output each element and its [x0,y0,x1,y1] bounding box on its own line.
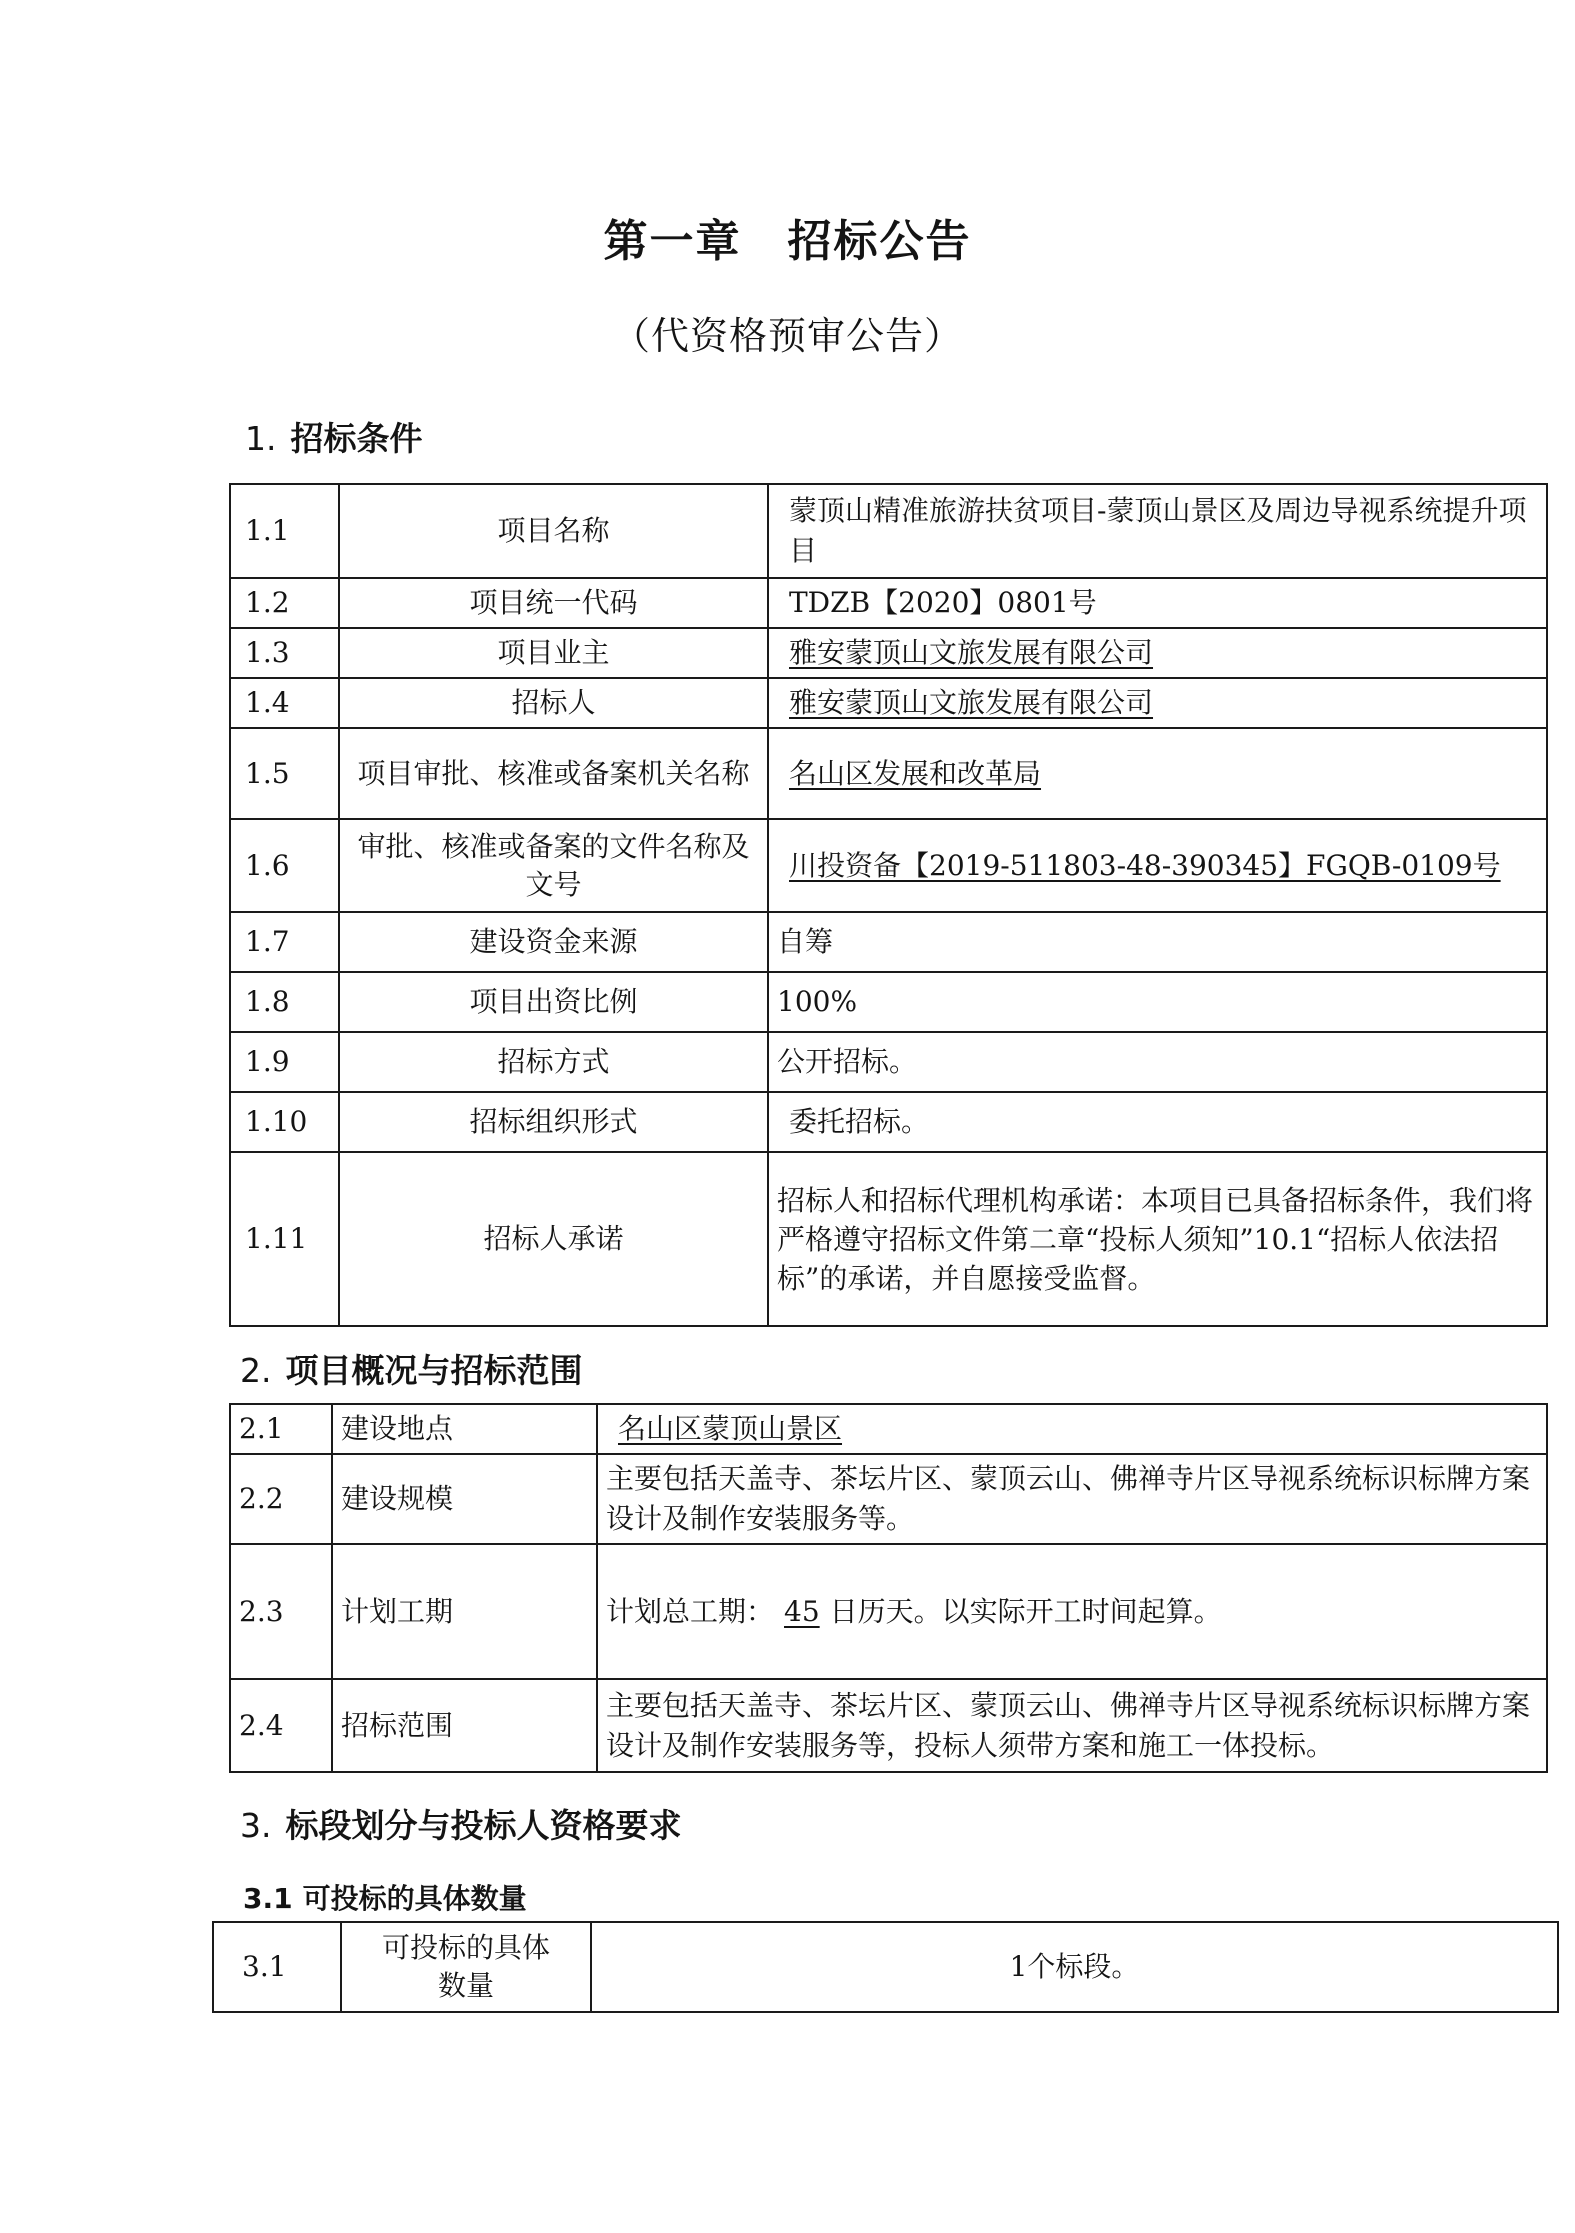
row-label: 招标范围 [332,1679,597,1772]
row-label: 招标人承诺 [339,1152,768,1326]
project-owner-link: 雅安蒙顶山文旅发展有限公司 [789,636,1153,669]
row-label: 项目统一代码 [339,578,768,628]
row-number: 2.2 [230,1454,332,1544]
table-row: 1.5 项目审批、核准或备案机关名称 名山区发展和改革局 [230,728,1547,819]
section-title: 项目概况与招标范围 [286,1351,583,1390]
table-row: 1.1 项目名称 蒙顶山精准旅游扶贫项目-蒙顶山景区及周边导视系统提升项目 [230,484,1547,578]
row-label: 项目出资比例 [339,972,768,1032]
table-row: 2.3 计划工期 计划总工期：45日历天。以实际开工时间起算。 [230,1544,1547,1679]
table-row: 2.1 建设地点 名山区蒙顶山景区 [230,1404,1547,1454]
row-value: 1个标段。 [591,1922,1558,2012]
section-title: 招标条件 [291,419,423,458]
row-label: 项目审批、核准或备案机关名称 [339,728,768,819]
section-3-heading: 3.标段划分与投标人资格要求 [240,1800,682,1847]
row-number: 1.3 [230,628,339,678]
row-number: 1.9 [230,1032,339,1092]
row-number: 1.7 [230,912,339,972]
row-value: 雅安蒙顶山文旅发展有限公司 [768,628,1547,678]
subsection-number: 3.1 [243,1882,293,1915]
row-number: 3.1 [213,1922,341,2012]
lot-count-table: 3.1 可投标的具体数量 1个标段。 [212,1921,1559,2013]
table-row: 1.10 招标组织形式 委托招标。 [230,1092,1547,1152]
subsection-title: 可投标的具体数量 [303,1882,527,1915]
section-number: 1. [245,419,277,458]
row-value: 委托招标。 [768,1092,1547,1152]
row-label: 审批、核准或备案的文件名称及文号 [339,819,768,912]
table-row: 1.4 招标人 雅安蒙顶山文旅发展有限公司 [230,678,1547,728]
table-row: 1.3 项目业主 雅安蒙顶山文旅发展有限公司 [230,628,1547,678]
schedule-suffix: 日历天。以实际开工时间起算。 [830,1595,1222,1628]
row-number: 1.10 [230,1092,339,1152]
row-number: 2.4 [230,1679,332,1772]
row-number: 1.6 [230,819,339,912]
bidding-conditions-table: 1.1 项目名称 蒙顶山精准旅游扶贫项目-蒙顶山景区及周边导视系统提升项目 1.… [229,483,1548,1327]
schedule-prefix: 计划总工期： [606,1595,774,1628]
table-row: 1.7 建设资金来源 自筹 [230,912,1547,972]
row-value: 招标人和招标代理机构承诺：本项目已具备招标条件，我们将严格遵守招标文件第二章“投… [768,1152,1547,1326]
section-number: 2. [240,1351,272,1390]
table-row: 2.2 建设规模 主要包括天盖寺、茶坛片区、蒙顶云山、佛禅寺片区导视系统标识标牌… [230,1454,1547,1544]
row-label: 项目名称 [339,484,768,578]
approval-authority: 名山区发展和改革局 [789,757,1041,790]
row-number: 1.11 [230,1152,339,1326]
row-label: 招标组织形式 [339,1092,768,1152]
row-value: 名山区蒙顶山景区 [597,1404,1547,1454]
approval-document-number: 川投资备【2019-511803-48-390345】FGQB-0109号 [789,849,1501,882]
row-label: 建设地点 [332,1404,597,1454]
row-value: 主要包括天盖寺、茶坛片区、蒙顶云山、佛禅寺片区导视系统标识标牌方案设计及制作安装… [597,1679,1547,1772]
row-label: 招标人 [339,678,768,728]
table-row: 1.11 招标人承诺 招标人和招标代理机构承诺：本项目已具备招标条件，我们将严格… [230,1152,1547,1326]
section-1-heading: 1.招标条件 [245,413,423,460]
project-overview-table: 2.1 建设地点 名山区蒙顶山景区 2.2 建设规模 主要包括天盖寺、茶坛片区、… [229,1403,1548,1773]
row-value: 名山区发展和改革局 [768,728,1547,819]
section-2-heading: 2.项目概况与招标范围 [240,1345,583,1392]
row-label: 项目业主 [339,628,768,678]
row-number: 1.5 [230,728,339,819]
chapter-title: 第一章 招标公告 [0,205,1575,269]
schedule-days: 45 [774,1595,830,1628]
table-row: 1.2 项目统一代码 TDZB【2020】0801号 [230,578,1547,628]
table-row: 1.6 审批、核准或备案的文件名称及文号 川投资备【2019-511803-48… [230,819,1547,912]
row-number: 1.8 [230,972,339,1032]
row-label: 可投标的具体数量 [341,1922,591,2012]
table-row: 3.1 可投标的具体数量 1个标段。 [213,1922,1558,2012]
row-value: 主要包括天盖寺、茶坛片区、蒙顶云山、佛禅寺片区导视系统标识标牌方案设计及制作安装… [597,1454,1547,1544]
row-number: 1.2 [230,578,339,628]
table-row: 1.9 招标方式 公开招标。 [230,1032,1547,1092]
chapter-subtitle: （代资格预审公告） [0,305,1575,360]
row-value: 自筹 [768,912,1547,972]
row-number: 2.3 [230,1544,332,1679]
table-row: 1.8 项目出资比例 100% [230,972,1547,1032]
row-label: 建设规模 [332,1454,597,1544]
row-number: 1.1 [230,484,339,578]
table-row: 2.4 招标范围 主要包括天盖寺、茶坛片区、蒙顶云山、佛禅寺片区导视系统标识标牌… [230,1679,1547,1772]
row-label: 建设资金来源 [339,912,768,972]
row-label: 计划工期 [332,1544,597,1679]
row-value: 川投资备【2019-511803-48-390345】FGQB-0109号 [768,819,1547,912]
row-value: 蒙顶山精准旅游扶贫项目-蒙顶山景区及周边导视系统提升项目 [768,484,1547,578]
row-value: 计划总工期：45日历天。以实际开工时间起算。 [597,1544,1547,1679]
row-number: 1.4 [230,678,339,728]
row-value: TDZB【2020】0801号 [768,578,1547,628]
row-label: 招标方式 [339,1032,768,1092]
construction-location: 名山区蒙顶山景区 [618,1412,842,1445]
section-title: 标段划分与投标人资格要求 [286,1806,682,1845]
subsection-3-1-heading: 3.1可投标的具体数量 [243,1877,527,1917]
document-page: 第一章 招标公告 （代资格预审公告） 1.招标条件 1.1 项目名称 蒙顶山精准… [0,0,1575,2233]
tenderer-name: 雅安蒙顶山文旅发展有限公司 [789,686,1153,719]
row-value: 公开招标。 [768,1032,1547,1092]
row-number: 2.1 [230,1404,332,1454]
row-value: 100% [768,972,1547,1032]
row-value: 雅安蒙顶山文旅发展有限公司 [768,678,1547,728]
section-number: 3. [240,1806,272,1845]
